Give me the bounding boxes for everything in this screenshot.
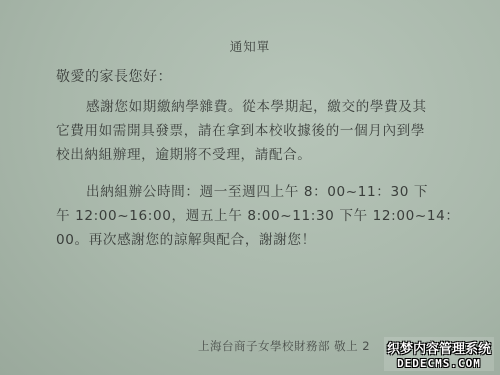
watermark-chinese: 织梦内容管理系统 xyxy=(387,338,491,357)
paragraph-line: 00。再次感謝您的諒解與配合，謝謝您！ xyxy=(56,228,476,252)
watermark: 织梦内容管理系统 DEDECMS.COM xyxy=(384,337,494,371)
notice-title: 通知單 xyxy=(0,37,500,55)
paragraph-line: 午 12:00~16:00，週五上午 8:00~11:30 下午 12:00~1… xyxy=(56,204,476,228)
paragraph-line: 出納組辦公時間：週一至週四上午 8：00~11：30 下 xyxy=(56,180,476,204)
paragraph-line: 感謝您如期繳納學雜費。從本學期起，繳交的學費及其 xyxy=(56,95,476,119)
paragraph-office-hours: 出納組辦公時間：週一至週四上午 8：00~11：30 下 午 12:00~16:… xyxy=(56,180,476,252)
greeting: 敬愛的家長您好： xyxy=(56,66,172,86)
paragraph-line: 校出納組辦理，逾期將不受理，請配合。 xyxy=(56,143,476,167)
paragraph-line: 它費用如需開具發票，請在拿到本校收據後的一個月內到學 xyxy=(56,119,476,143)
watermark-english: DEDECMS.COM xyxy=(387,357,491,370)
paragraph-fee-receipt: 感謝您如期繳納學雜費。從本學期起，繳交的學費及其 它費用如需開具發票，請在拿到本… xyxy=(56,95,476,167)
signature: 上海台商子女學校財務部 敬上 2 xyxy=(198,338,370,354)
